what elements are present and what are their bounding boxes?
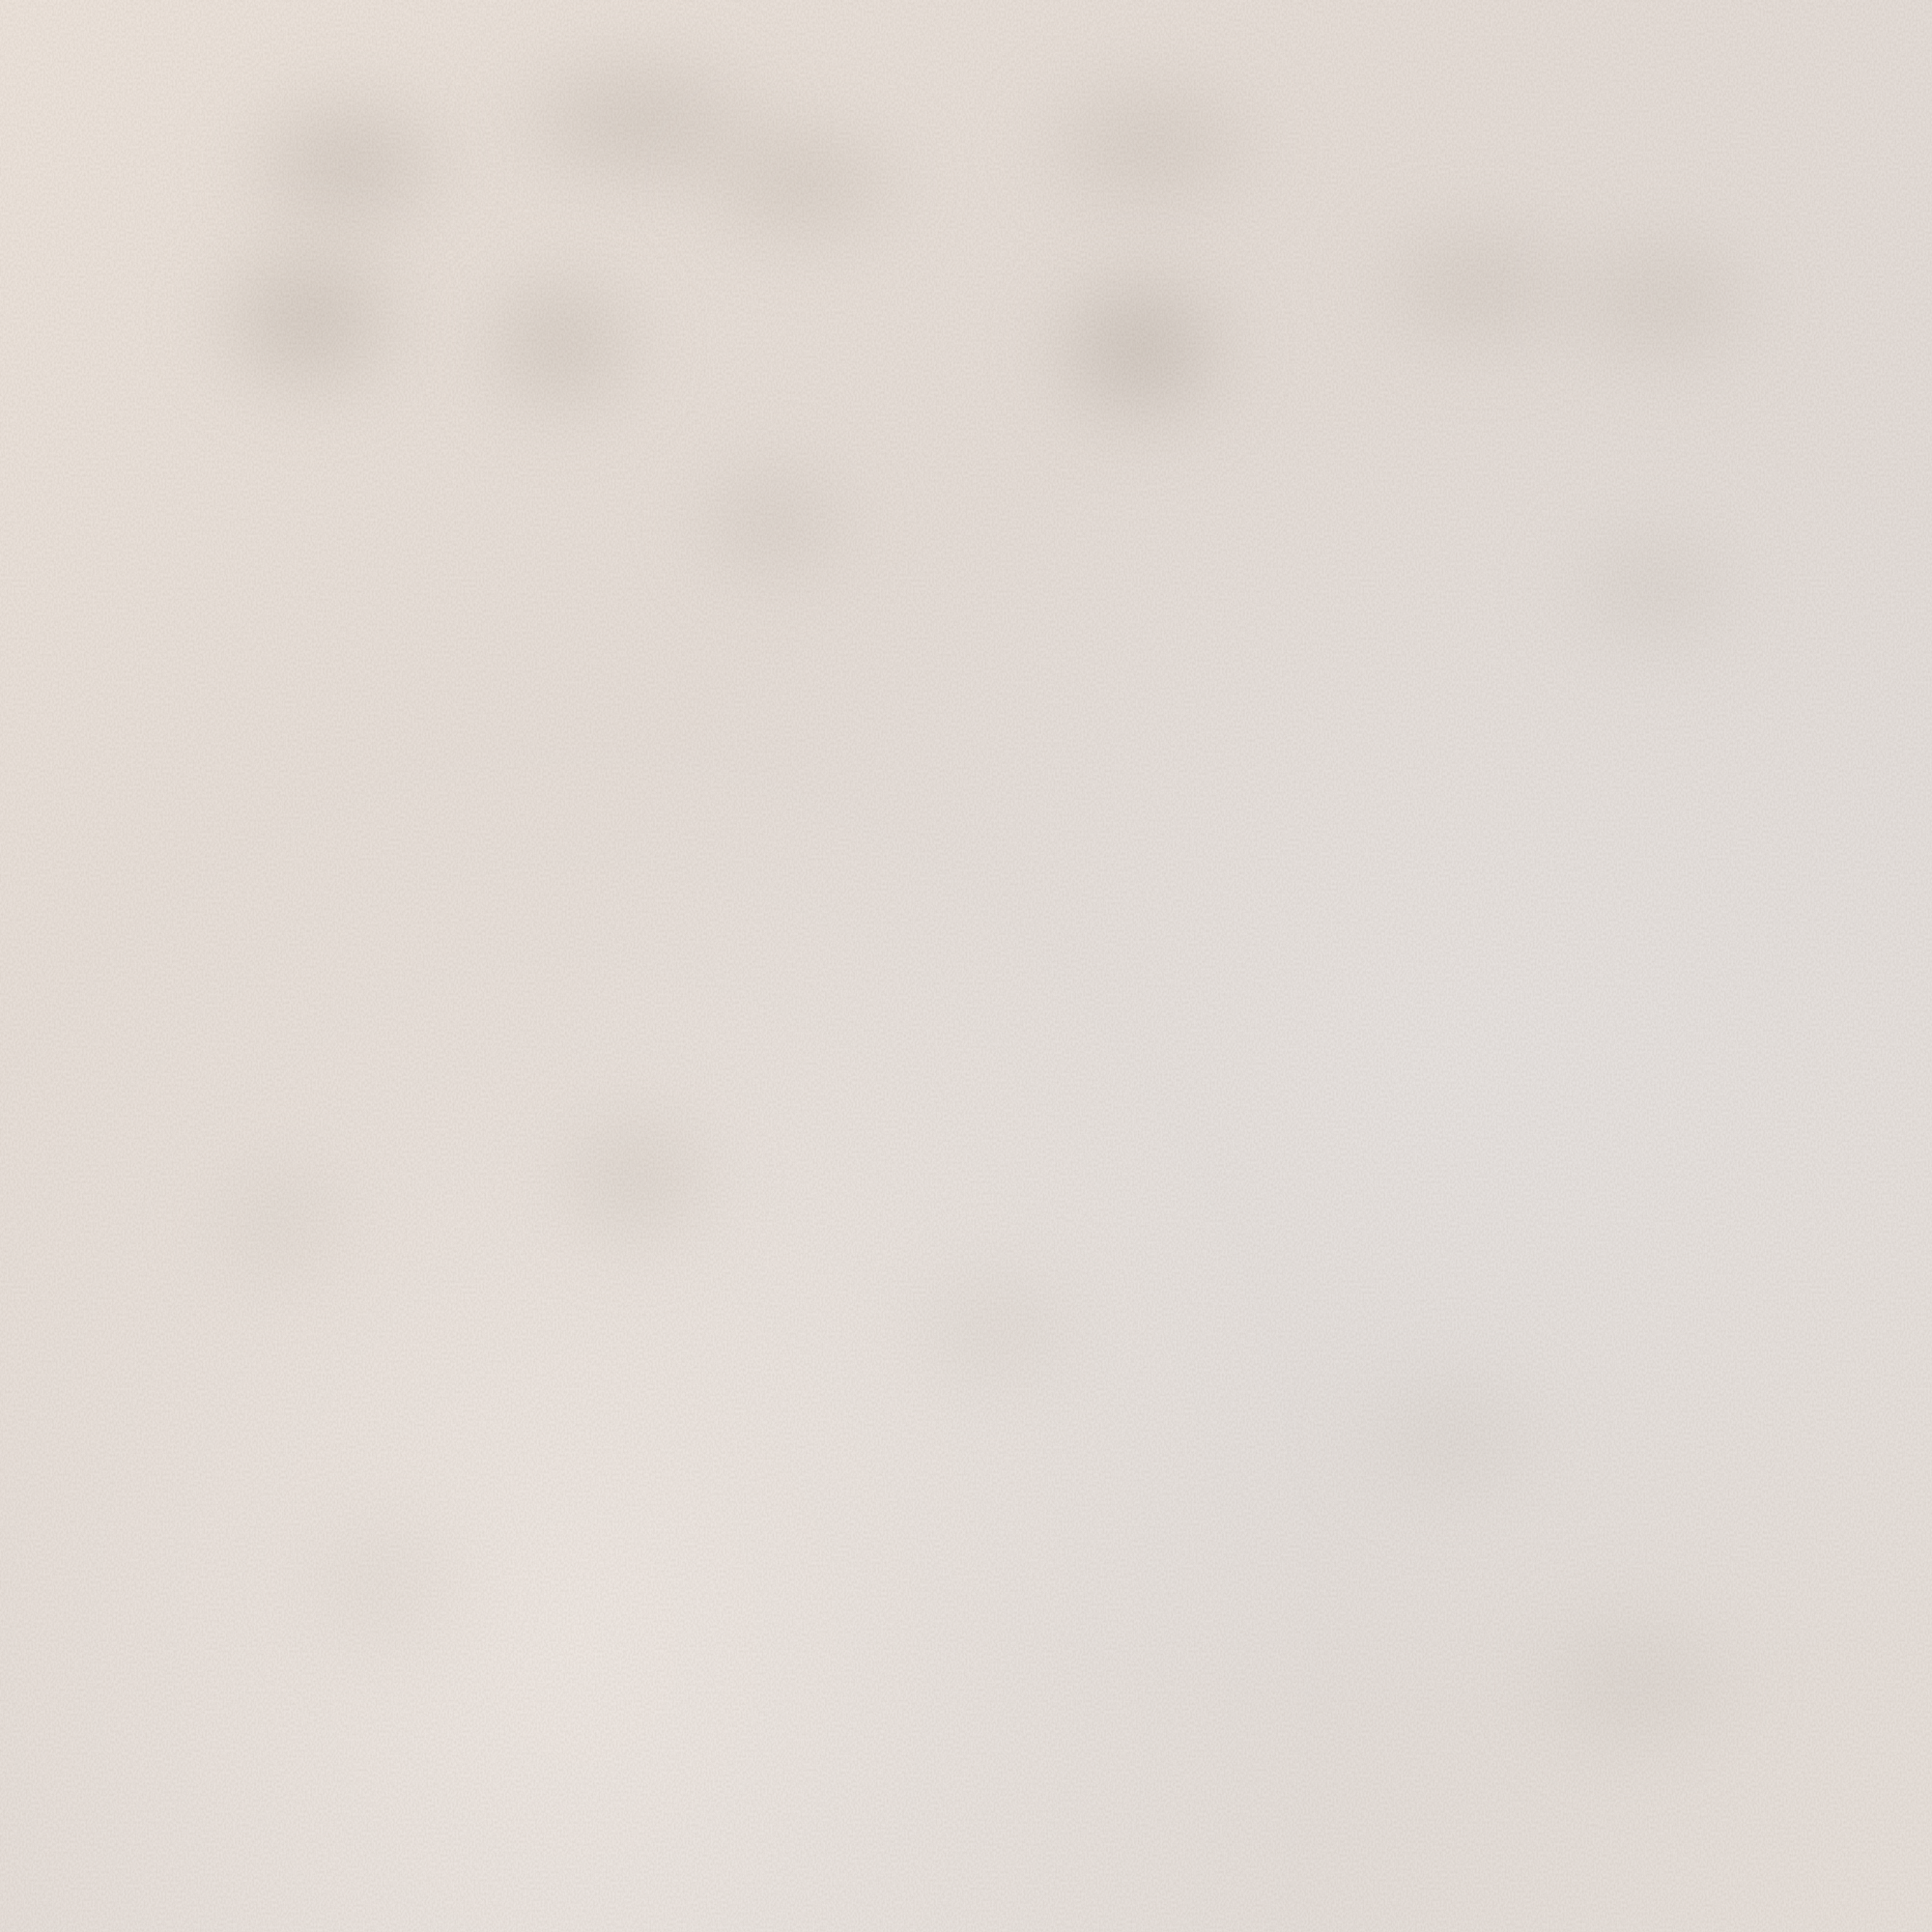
suede-texture-image bbox=[0, 0, 1932, 1932]
fabric-grain-layer bbox=[0, 0, 1932, 1932]
